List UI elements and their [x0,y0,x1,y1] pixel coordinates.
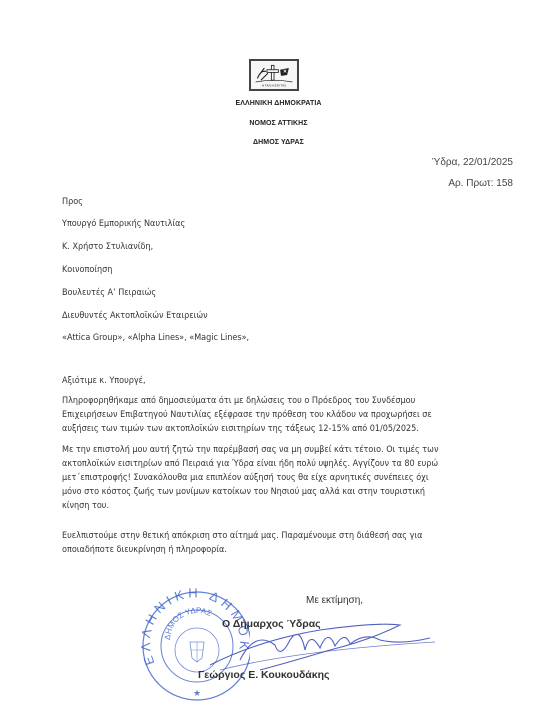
header-country: ΕΛΛΗΝΙΚΗ ΔΗΜΟΚΡΑΤΙΑ [0,100,557,107]
recipient-line: Κ. Χρήστο Στυλιανίδη, [62,241,153,252]
salutation: Αξιότιμε κ. Υπουργέ, [62,375,146,386]
paragraph-line: οποιαδήποτε διευκρίνηση ή πληροφορία. [62,543,458,557]
place-date: Ύδρα, 22/01/2025 [432,157,513,168]
paragraph-3: Ευελπιστούμε στην θετική απόκριση στο αί… [62,529,512,557]
letter-page: Η ΤΑΝ Η ΕΠΙ ΤΑΣ ΕΛΛΗΝΙΚΗ ΔΗΜΟΚΡΑΤΙΑ ΝΟΜΟ… [0,0,557,716]
paragraph-2: Με την επιστολή μου αυτή ζητώ την παρέμβ… [62,443,512,513]
recipient-line: Υπουργό Εμπορικής Ναυτιλίας [62,218,185,229]
header-prefecture: ΝΟΜΟΣ ΑΤΤΙΚΗΣ [0,120,557,127]
municipality-emblem-icon: Η ΤΑΝ Η ΕΠΙ ΤΑΣ [249,59,299,91]
recipient-line: Διευθυντές Ακτοπλοϊκών Εταιρειών [62,310,208,321]
closing-regards: Με εκτίμηση, [306,595,363,606]
paragraph-line: Επιχειρήσεων Επιβατηγού Ναυτιλίας εξέφρα… [62,408,458,422]
recipient-line: Βουλευτές Α’ Πειραιώς [62,287,156,298]
paragraph-line: ακτοπλοϊκών εισιτηρίων από Πειραιά για Ύ… [62,457,458,471]
paragraph-line: αυξήσεις των τιμών των ακτοπλοϊκών εισιτ… [62,422,458,436]
paragraph-1: Πληροφορηθήκαμε από δημοσιεύματα ότι με … [62,394,512,436]
paragraph-line: Με την επιστολή μου αυτή ζητώ την παρέμβ… [62,443,458,457]
official-stamp-icon: ΕΛΛΗΝΙΚΗ ΔΗΜΟΚ ΔΗΜΟΣ ΥΔΡΑΣ ★ [140,578,250,708]
signatory-title: Ο Δήμαρχος Ύδρας [222,618,321,630]
svg-text:Η ΤΑΝ Η ΕΠΙ ΤΑΣ: Η ΤΑΝ Η ΕΠΙ ΤΑΣ [262,83,286,87]
svg-text:ΔΗΜΟΣ ΥΔΡΑΣ: ΔΗΜΟΣ ΥΔΡΑΣ [163,606,213,640]
recipient-line: Κοινοποίηση [62,264,112,275]
signatory-name: Γεώργιος Ε. Κουκουδάκης [198,669,330,681]
recipient-line: Προς [62,196,83,207]
paragraph-line: μετ΄επιστροφής! Συνακόλουθα μια επιπλέον… [62,471,458,485]
paragraph-line: Ευελπιστούμε στην θετική απόκριση στο αί… [62,529,458,543]
paragraph-line: Πληροφορηθήκαμε από δημοσιεύματα ότι με … [62,394,458,408]
paragraph-line: κίνηση του. [62,499,458,513]
recipient-line: «Attica Group», «Alpha Lines», «Magic Li… [62,332,249,343]
svg-text:★: ★ [193,688,201,698]
protocol-number: Αρ. Πρωτ: 158 [448,178,513,189]
header-municipality: ΔΗΜΟΣ ΥΔΡΑΣ [0,139,557,146]
paragraph-line: μόνο στο κόστος ζωής των μονίμων κατοίκω… [62,485,458,499]
